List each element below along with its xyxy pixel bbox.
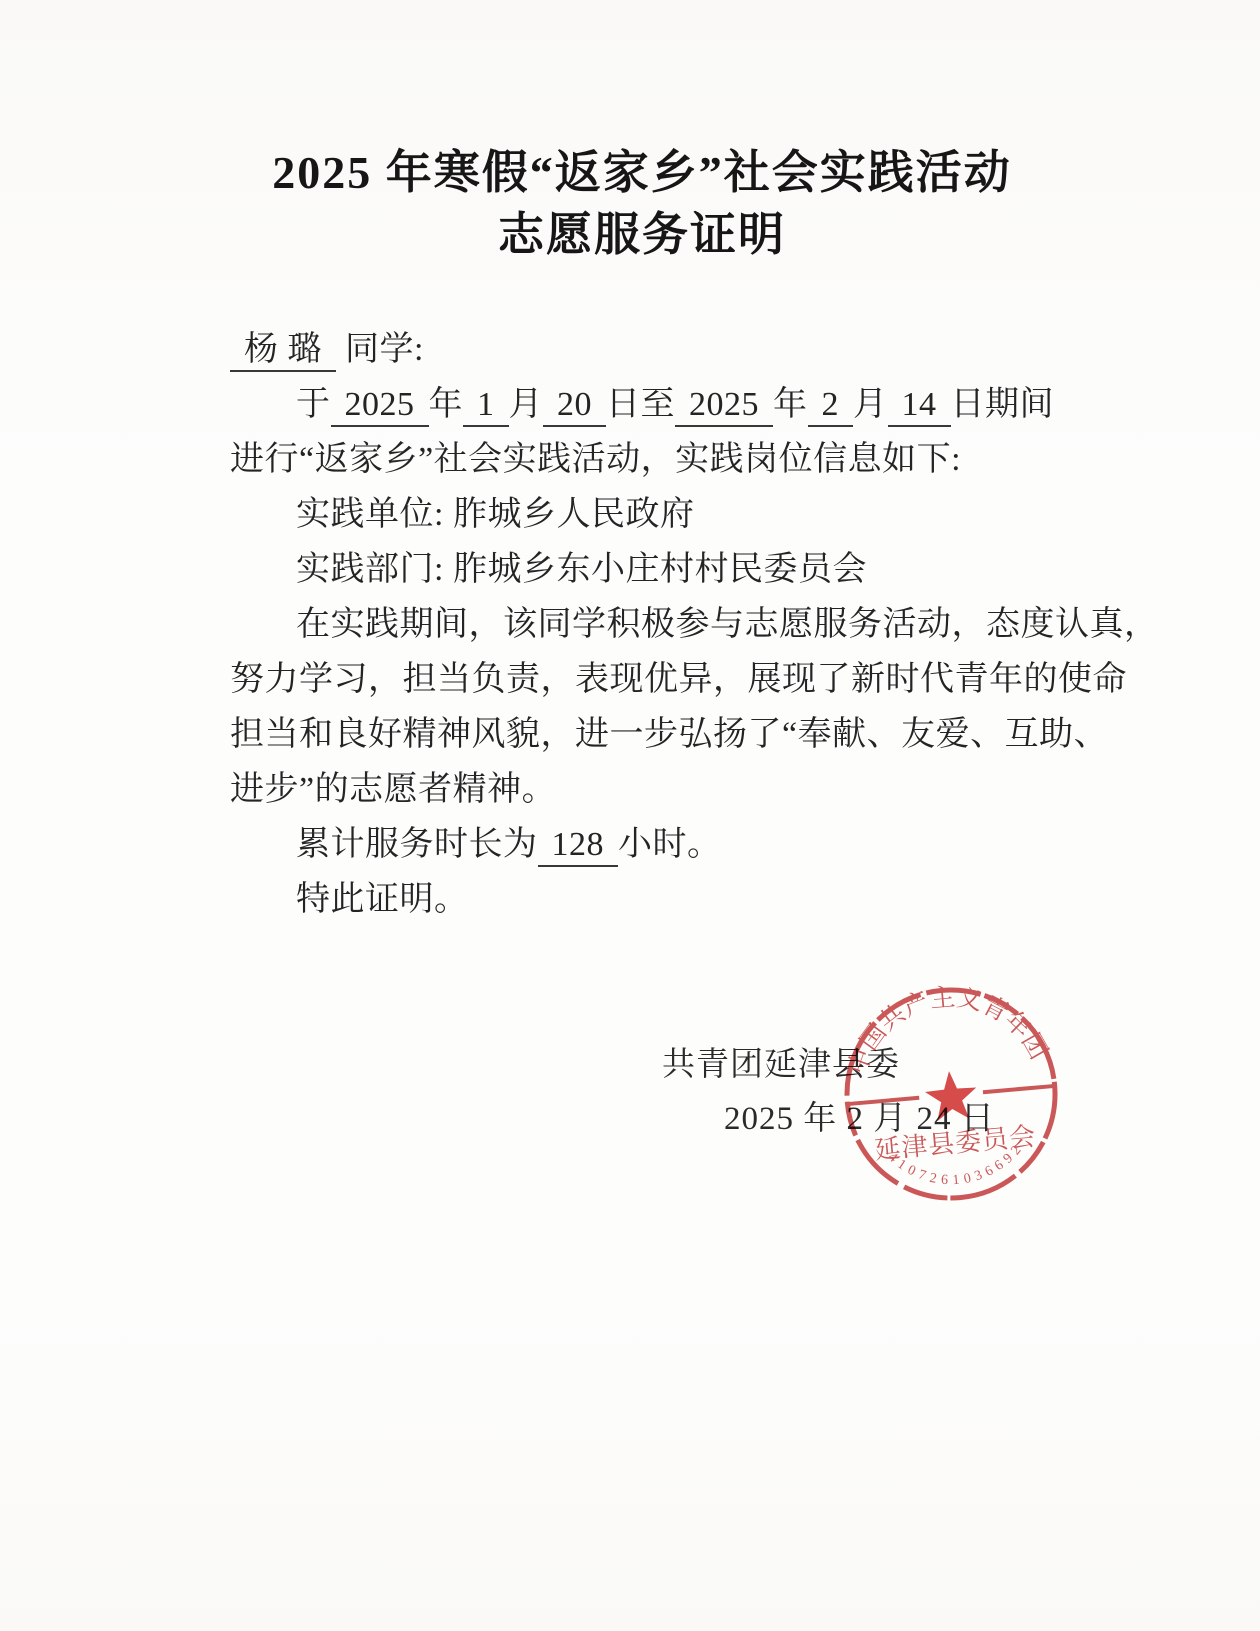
filled-blank: 杨 璐: [230, 329, 336, 372]
text-line: 进行“返家乡”社会实践活动，实践岗位信息如下:: [230, 432, 1090, 487]
text-line: 累计服务时长为 128 小时。: [230, 817, 1090, 872]
seal-right-bar: [983, 1086, 1055, 1092]
text-line: 特此证明。: [230, 872, 1090, 927]
filled-blank: 2025: [331, 384, 429, 427]
text-segment: 实践部门: 胙城乡东小庄村村民委员会: [296, 551, 867, 588]
text-segment: 于: [296, 386, 331, 423]
certificate-title-line2: 志愿服务证明: [12, 206, 1260, 264]
text-segment: 特此证明。: [296, 881, 469, 918]
filled-blank: 2: [808, 384, 854, 427]
filled-blank: 14: [888, 384, 951, 427]
text-line: 在实践期间，该同学积极参与志愿服务活动，态度认真，: [230, 597, 1090, 652]
body-lines: 杨 璐 同学:于 2025 年 1 月 20 日至 2025 年 2 月 14 …: [230, 322, 1090, 927]
seal-arc-text: 中国共产主义青年团: [837, 975, 1053, 1080]
text-segment: 小时。: [618, 826, 722, 863]
text-line: 实践单位: 胙城乡人民政府: [230, 487, 1090, 542]
text-line: 实践部门: 胙城乡东小庄村村民委员会: [230, 542, 1090, 597]
text-segment: 日至: [606, 386, 675, 423]
filled-blank: 128: [538, 824, 619, 867]
text-segment: 进步”的志愿者精神。: [230, 771, 556, 808]
text-line: 杨 璐 同学:: [230, 322, 1090, 377]
text-segment: 年: [773, 386, 808, 423]
text-segment: 月: [509, 386, 544, 423]
filled-blank: 1: [463, 384, 509, 427]
text-segment: 实践单位: 胙城乡人民政府: [296, 496, 694, 533]
text-segment: 年: [429, 386, 464, 423]
text-segment: 担当和良好精神风貌，进一步弘扬了“奉献、友爱、互助、: [230, 716, 1108, 753]
text-segment: 努力学习，担当负责，表现优异，展现了新时代青年的使命: [230, 661, 1127, 698]
seal-left-bar: [847, 1098, 919, 1104]
text-line: 于 2025 年 1 月 20 日至 2025 年 2 月 14 日期间: [230, 377, 1090, 432]
certificate-title-line1: 2025 年寒假“返家乡”社会实践活动: [12, 144, 1260, 202]
text-segment: 月: [853, 386, 888, 423]
text-segment: 同学:: [336, 331, 424, 368]
text-segment: 在实践期间，该同学积极参与志愿服务活动，态度认真，: [296, 606, 1159, 643]
official-seal: 中国共产主义青年团 延津县委员会 4107261036692: [831, 974, 1071, 1214]
text-segment: 累计服务时长为: [296, 826, 538, 863]
seal-star-icon: [923, 1069, 978, 1122]
text-line: 进步”的志愿者精神。: [230, 762, 1090, 817]
text-line: 担当和良好精神风貌，进一步弘扬了“奉献、友爱、互助、: [230, 707, 1090, 762]
filled-blank: 20: [543, 384, 606, 427]
certificate-page: 2025 年寒假“返家乡”社会实践活动 志愿服务证明 杨 璐 同学:于 2025…: [0, 0, 1260, 1631]
filled-blank: 2025: [675, 384, 773, 427]
text-line: 努力学习，担当负责，表现优异，展现了新时代青年的使命: [230, 652, 1090, 707]
text-segment: 日期间: [951, 386, 1055, 423]
text-segment: 进行“返家乡”社会实践活动，实践岗位信息如下:: [230, 441, 961, 478]
